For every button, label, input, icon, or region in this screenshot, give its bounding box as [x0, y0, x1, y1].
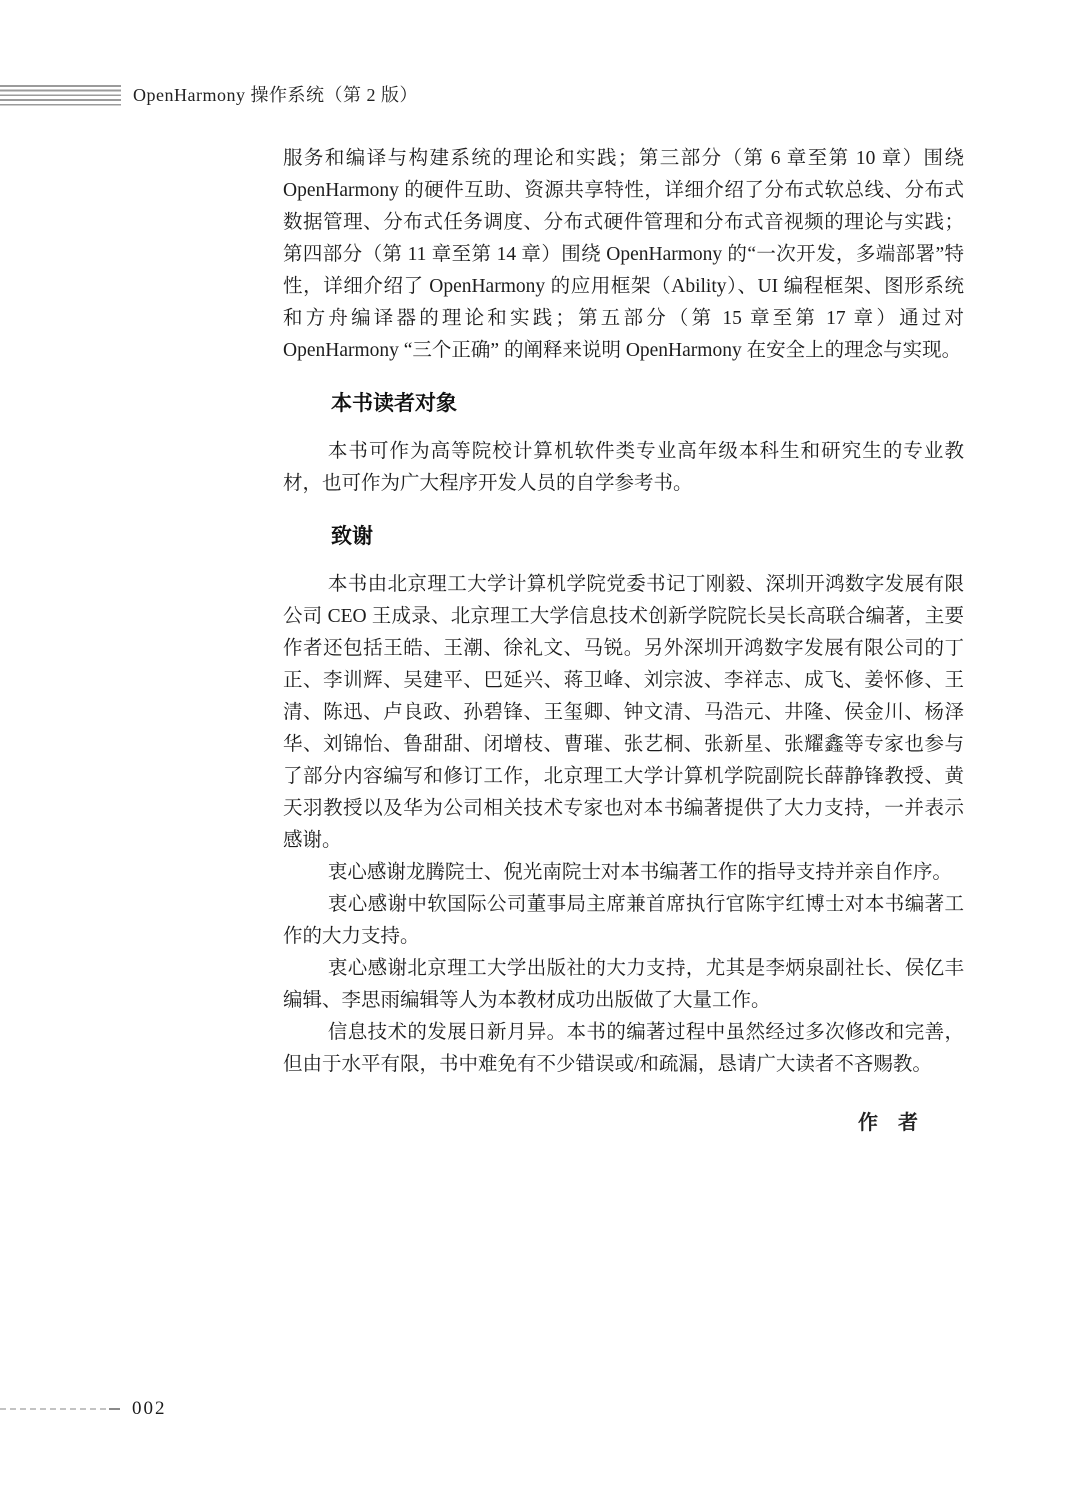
- paragraph-thanks-academicians: 衷心感谢龙腾院士、倪光南院士对本书编著工作的指导支持并亲自作序。: [283, 857, 964, 889]
- footer-dash-end: [109, 1408, 120, 1411]
- running-head-book-title: OpenHarmony 操作系统（第 2 版）: [133, 83, 418, 108]
- paragraph-thanks-chinasoft: 衷心感谢中软国际公司董事局主席兼首席执行官陈宇红博士对本书编著工作的大力支持。: [283, 889, 964, 953]
- paragraph-part-overview: 服务和编译与构建系统的理论和实践；第三部分（第 6 章至第 10 章）围绕 Op…: [283, 143, 964, 367]
- footer-dash-line: [0, 1408, 106, 1410]
- paragraph-authors-contributors: 本书由北京理工大学计算机学院党委书记丁刚毅、深圳开鸿数字发展有限公司 CEO 王…: [283, 569, 964, 857]
- author-signature: 作 者: [283, 1107, 964, 1139]
- paragraph-closing-remarks: 信息技术的发展日新月异。本书的编著过程中虽然经过多次修改和完善，但由于水平有限，…: [283, 1017, 964, 1081]
- page-footer: 002: [0, 1396, 167, 1422]
- page-number: 002: [132, 1398, 167, 1420]
- book-page: OpenHarmony 操作系统（第 2 版） 服务和编译与构建系统的理论和实践…: [0, 0, 1080, 1504]
- header-rule-lines: [0, 85, 121, 106]
- section-heading-acknowledgements: 致谢: [331, 524, 964, 550]
- paragraph-readers: 本书可作为高等院校计算机软件类专业高年级本科生和研究生的专业教材，也可作为广大程…: [283, 436, 964, 500]
- page-content: 服务和编译与构建系统的理论和实践；第三部分（第 6 章至第 10 章）围绕 Op…: [283, 143, 964, 1139]
- paragraph-thanks-press: 衷心感谢北京理工大学出版社的大力支持，尤其是李炳泉副社长、侯亿丰编辑、李思雨编辑…: [283, 953, 964, 1017]
- section-heading-readers: 本书读者对象: [331, 391, 964, 417]
